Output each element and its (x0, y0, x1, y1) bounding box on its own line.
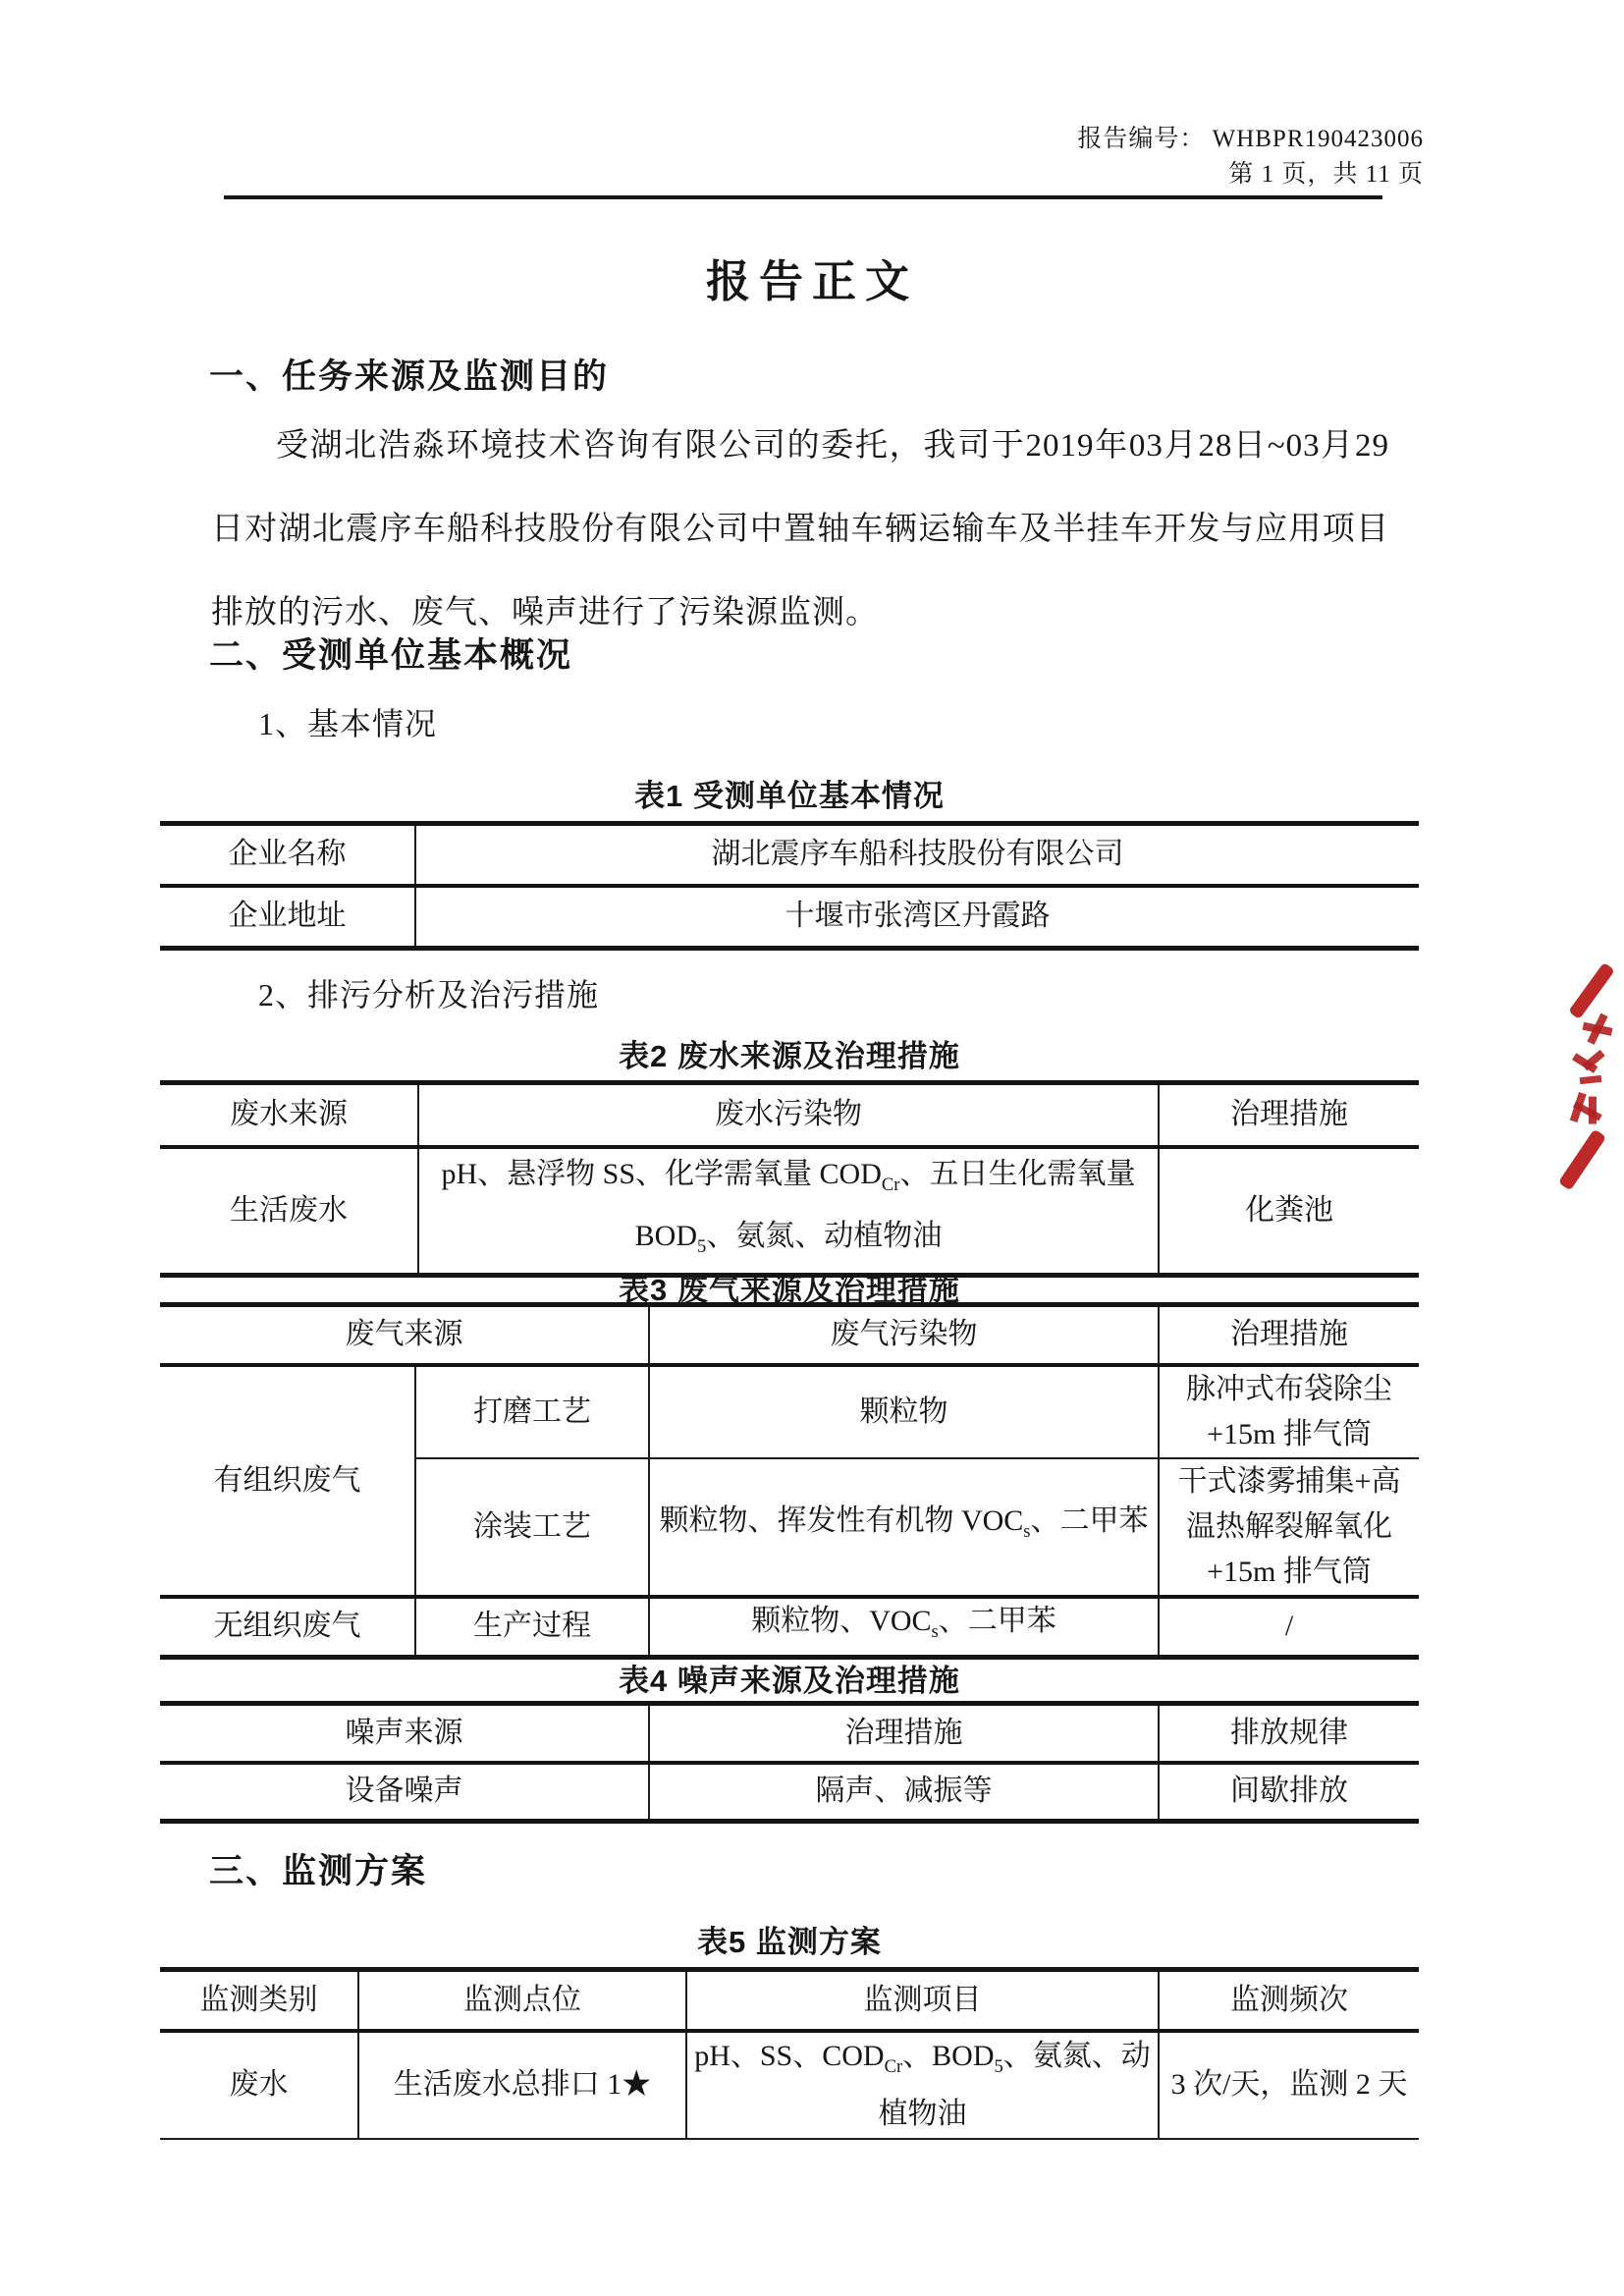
table-header-cell: 治理措施 (1159, 1305, 1419, 1365)
seal-character-mark-icon (1569, 1092, 1608, 1128)
table-header-cell: 监测类别 (160, 1970, 358, 2031)
table-header-cell: 监测项目 (686, 1970, 1159, 2031)
gas-treatment-cell: / (1159, 1597, 1419, 1658)
table-header-cell: 治理措施 (1159, 1083, 1419, 1147)
table-5-caption: 表5 监测方案 (160, 1917, 1419, 1961)
table-header-cell: 治理措施 (649, 1704, 1159, 1763)
intro-paragraph: 受湖北浩淼环境技术咨询有限公司的委托，我司于2019年03月28日~03月29日… (211, 405, 1389, 655)
table-5-monitoring-plan: 监测类别 监测点位 监测项目 监测频次 废水 生活废水总排口 1★ pH、SS、… (160, 1967, 1419, 2140)
seal-character-mark-icon (1578, 1011, 1619, 1049)
gas-group-organized-cell: 有组织废气 (160, 1365, 415, 1597)
gas-pollutants-cell: 颗粒物、挥发性有机物 VOCs、二甲苯 (649, 1458, 1159, 1597)
table-3-waste-gas: 废气来源 废气污染物 治理措施 有组织废气 打磨工艺 颗粒物 脉冲式布袋除尘+1… (160, 1302, 1419, 1660)
section-1-heading: 一、任务来源及监测目的 (209, 350, 609, 399)
monitor-category-cell: 废水 (160, 2031, 358, 2139)
enterprise-address-label: 企业地址 (160, 886, 415, 949)
table-header-cell: 废水来源 (160, 1083, 418, 1147)
table-header-cell: 废气污染物 (649, 1305, 1159, 1365)
gas-treatment-cell: 脉冲式布袋除尘+15m 排气筒 (1159, 1365, 1419, 1458)
enterprise-address-value: 十堰市张湾区丹霞路 (415, 886, 1419, 949)
table-2-caption: 表2 废水来源及治理措施 (160, 1031, 1419, 1075)
wastewater-pollutants-cell: pH、悬浮物 SS、化学需氧量 CODCr、五日生化需氧量 BOD5、氨氮、动植… (418, 1147, 1159, 1276)
enterprise-name-value: 湖北震序车船科技股份有限公司 (415, 824, 1419, 886)
enterprise-name-label: 企业名称 (160, 824, 415, 886)
table-4-caption: 表4 噪声来源及治理措施 (160, 1656, 1419, 1700)
monitor-point-cell: 生活废水总排口 1★ (358, 2031, 686, 2139)
noise-source-cell: 设备噪声 (160, 1763, 649, 1822)
table-4-noise: 噪声来源 治理措施 排放规律 设备噪声 隔声、减振等 间歇排放 (160, 1701, 1419, 1824)
doc-title: 报告正文 (0, 246, 1624, 309)
section-3-heading: 三、监测方案 (209, 1844, 427, 1893)
table-header-cell: 噪声来源 (160, 1704, 649, 1763)
table-header-cell: 废水污染物 (418, 1083, 1159, 1147)
red-seal-stamp-fragment (1567, 958, 1618, 1192)
table-header-cell: 排放规律 (1159, 1704, 1419, 1763)
section-2-heading: 二、受测单位基本概况 (209, 629, 572, 678)
header-rule (224, 195, 1382, 199)
monitor-frequency-cell: 3 次/天，监测 2 天 (1159, 2031, 1419, 2139)
seal-stroke-icon (1558, 1128, 1606, 1190)
gas-process-cell: 生产过程 (415, 1597, 649, 1658)
page-header: 报告编号： WHBPR190423006 第 1 页，共 11 页 (1077, 122, 1424, 192)
table-header-cell: 监测频次 (1159, 1970, 1419, 2031)
gas-group-unorganized-cell: 无组织废气 (160, 1597, 415, 1658)
gas-process-cell: 打磨工艺 (415, 1365, 649, 1458)
table-1-basic-info: 企业名称 湖北震序车船科技股份有限公司 企业地址 十堰市张湾区丹霞路 (160, 821, 1419, 951)
gas-pollutants-cell: 颗粒物 (649, 1365, 1159, 1458)
wastewater-treatment-cell: 化粪池 (1159, 1147, 1419, 1276)
gas-process-cell: 涂装工艺 (415, 1458, 649, 1597)
monitor-items-cell: pH、SS、CODCr、BOD5、氨氮、动植物油 (686, 2031, 1159, 2139)
noise-treatment-cell: 隔声、减振等 (649, 1763, 1159, 1822)
report-number: 报告编号： WHBPR190423006 (1077, 122, 1424, 157)
page-number: 第 1 页，共 11 页 (1077, 157, 1424, 192)
gas-treatment-cell: 干式漆雾捕集+高温热解裂解氧化+15m 排气筒 (1159, 1458, 1419, 1597)
noise-pattern-cell: 间歇排放 (1159, 1763, 1419, 1822)
table-1-caption: 表1 受测单位基本情况 (160, 771, 1419, 815)
subsection-pollution-label: 2、排污分析及治污措施 (258, 970, 599, 1015)
table-header-cell: 废气来源 (160, 1305, 649, 1365)
seal-character-mark-icon (1571, 1053, 1609, 1088)
subsection-basic-info-label: 1、基本情况 (258, 699, 437, 744)
table-header-cell: 监测点位 (358, 1970, 686, 2031)
gas-pollutants-cell: 颗粒物、VOCs、二甲苯 (649, 1597, 1159, 1658)
wastewater-source-cell: 生活废水 (160, 1147, 418, 1276)
report-page: 报告编号： WHBPR190423006 第 1 页，共 11 页 报告正文 一… (0, 0, 1624, 2296)
table-2-wastewater: 废水来源 废水污染物 治理措施 生活废水 pH、悬浮物 SS、化学需氧量 COD… (160, 1080, 1419, 1278)
